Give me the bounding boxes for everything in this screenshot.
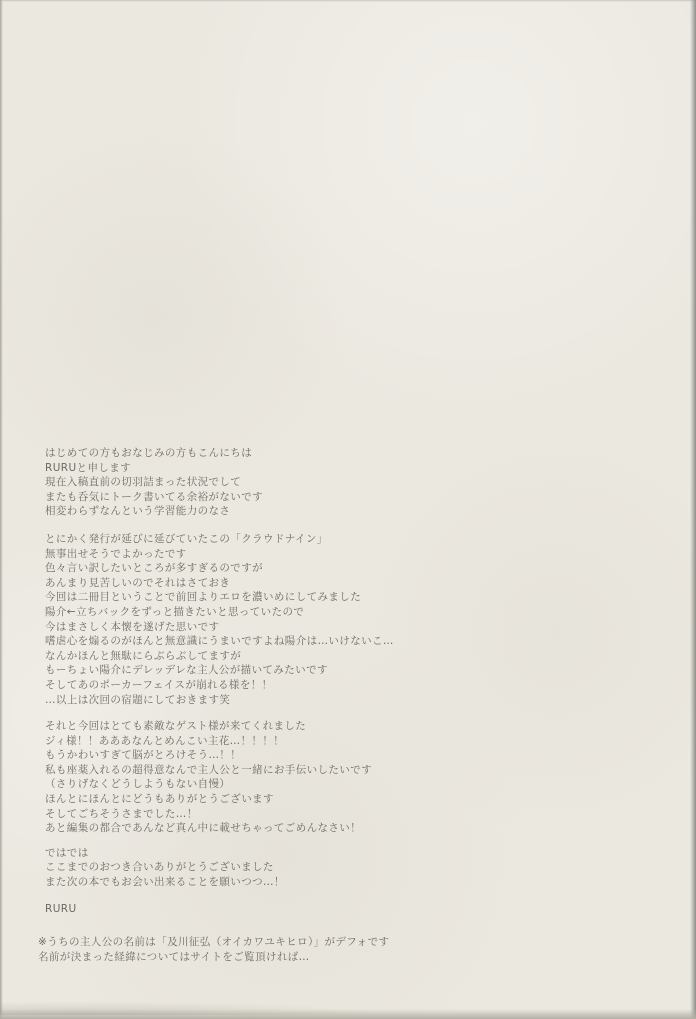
afterword-line: 無事出せそうでよかったです xyxy=(45,547,645,562)
scan-edge-smudge xyxy=(0,1001,383,1015)
afterword-line: ここまでのおつき合いありがとうございました xyxy=(45,860,645,875)
afterword-footnote-block: ※うちの主人公の名前は「及川征弘（オイカワユキヒロ）」がデフォです 名前が決まっ… xyxy=(38,935,645,964)
afterword-line: 陽介←立ちバックをずっと描きたいと思っていたので xyxy=(45,605,645,620)
afterword-line: もうかわいすぎて脳がとろけそう…！！ xyxy=(45,748,645,763)
afterword-line: 相変わらずなんという学習能力のなさ xyxy=(45,504,645,519)
afterword-line: 今回は二冊目ということで前回よりエロを濃いめにしてみました xyxy=(45,590,645,605)
afterword-line: あんまり見苦しいのでそれはさておき xyxy=(45,576,645,591)
scan-edge-left xyxy=(0,0,3,1019)
scan-edge-right xyxy=(690,0,696,1019)
afterword-line: 色々言い訳したいところが多すぎるのですが xyxy=(45,561,645,576)
afterword-line: （さりげなくどうしようもない自慢） xyxy=(45,777,645,792)
afterword-line: また次の本でもお会い出来ることを願いつつ…！ xyxy=(45,875,645,890)
afterword-line: そしてあのポーカーフェイスが崩れる様を！！ xyxy=(45,678,645,693)
afterword-line: …以上は次回の宿題にしておきます笑 xyxy=(45,693,645,708)
afterword-line: ではでは xyxy=(45,846,645,861)
afterword-line: ジィ様！！あああなんとめんこい主花…！！！！ xyxy=(45,734,645,749)
footnote-line: 名前が決まった経緯についてはサイトをご覧頂ければ… xyxy=(38,950,645,965)
afterword-paragraph-greeting: はじめての方もおなじみの方もこんにちは RURUと申します 現在入稿直前の切羽詰… xyxy=(45,446,645,519)
scan-edge-bottom xyxy=(0,1009,696,1019)
afterword-line: 今はまさしく本懐を遂げた思いです xyxy=(45,620,645,635)
afterword-line: RURUと申します xyxy=(45,461,645,476)
afterword-line: 私も座薬入れるの超得意なんで主人公と一緒にお手伝いしたいです xyxy=(45,763,645,778)
afterword-paragraph-guest-thanks: それと今回はとても素敵なゲスト様が来てくれました ジィ様！！あああなんとめんこい… xyxy=(45,719,645,836)
afterword-line: それと今回はとても素敵なゲスト様が来てくれました xyxy=(45,719,645,734)
afterword-signature-block: RURU xyxy=(45,902,645,917)
scan-edge-top xyxy=(0,0,696,2)
afterword-text-block: はじめての方もおなじみの方もこんにちは RURUと申します 現在入稿直前の切羽詰… xyxy=(45,446,645,977)
afterword-line: もーちょい陽介にデレッデレな主人公が描いてみたいです xyxy=(45,663,645,678)
afterword-line: なんかほんと無駄にらぶらぶしてますが xyxy=(45,649,645,664)
afterword-line: ほんとにほんとにどうもありがとうございます xyxy=(45,792,645,807)
afterword-paragraph-closing: ではでは ここまでのおつき合いありがとうございました また次の本でもお会い出来る… xyxy=(45,846,645,890)
scanned-page: はじめての方もおなじみの方もこんにちは RURUと申します 現在入稿直前の切羽詰… xyxy=(0,0,696,1019)
afterword-line: またも呑気にトーク書いてる余裕がないです xyxy=(45,490,645,505)
afterword-line: 現在入稿直前の切羽詰まった状況でして xyxy=(45,475,645,490)
signature: RURU xyxy=(45,902,645,917)
afterword-line: はじめての方もおなじみの方もこんにちは xyxy=(45,446,645,461)
footnote-line: ※うちの主人公の名前は「及川征弘（オイカワユキヒロ）」がデフォです xyxy=(38,935,645,950)
afterword-line: あと編集の都合であんなど真ん中に載せちゃってごめんなさい！ xyxy=(45,821,645,836)
afterword-paragraph-book-talk: とにかく発行が延びに延びていたこの「クラウドナイン」 無事出せそうでよかったです… xyxy=(45,532,645,707)
afterword-line: 嗜虐心を煽るのがほんと無意識にうまいですよね陽介は…いけないこ… xyxy=(45,634,645,649)
afterword-line: とにかく発行が延びに延びていたこの「クラウドナイン」 xyxy=(45,532,645,547)
afterword-line: そしてごちそうさまでした…！ xyxy=(45,807,645,822)
